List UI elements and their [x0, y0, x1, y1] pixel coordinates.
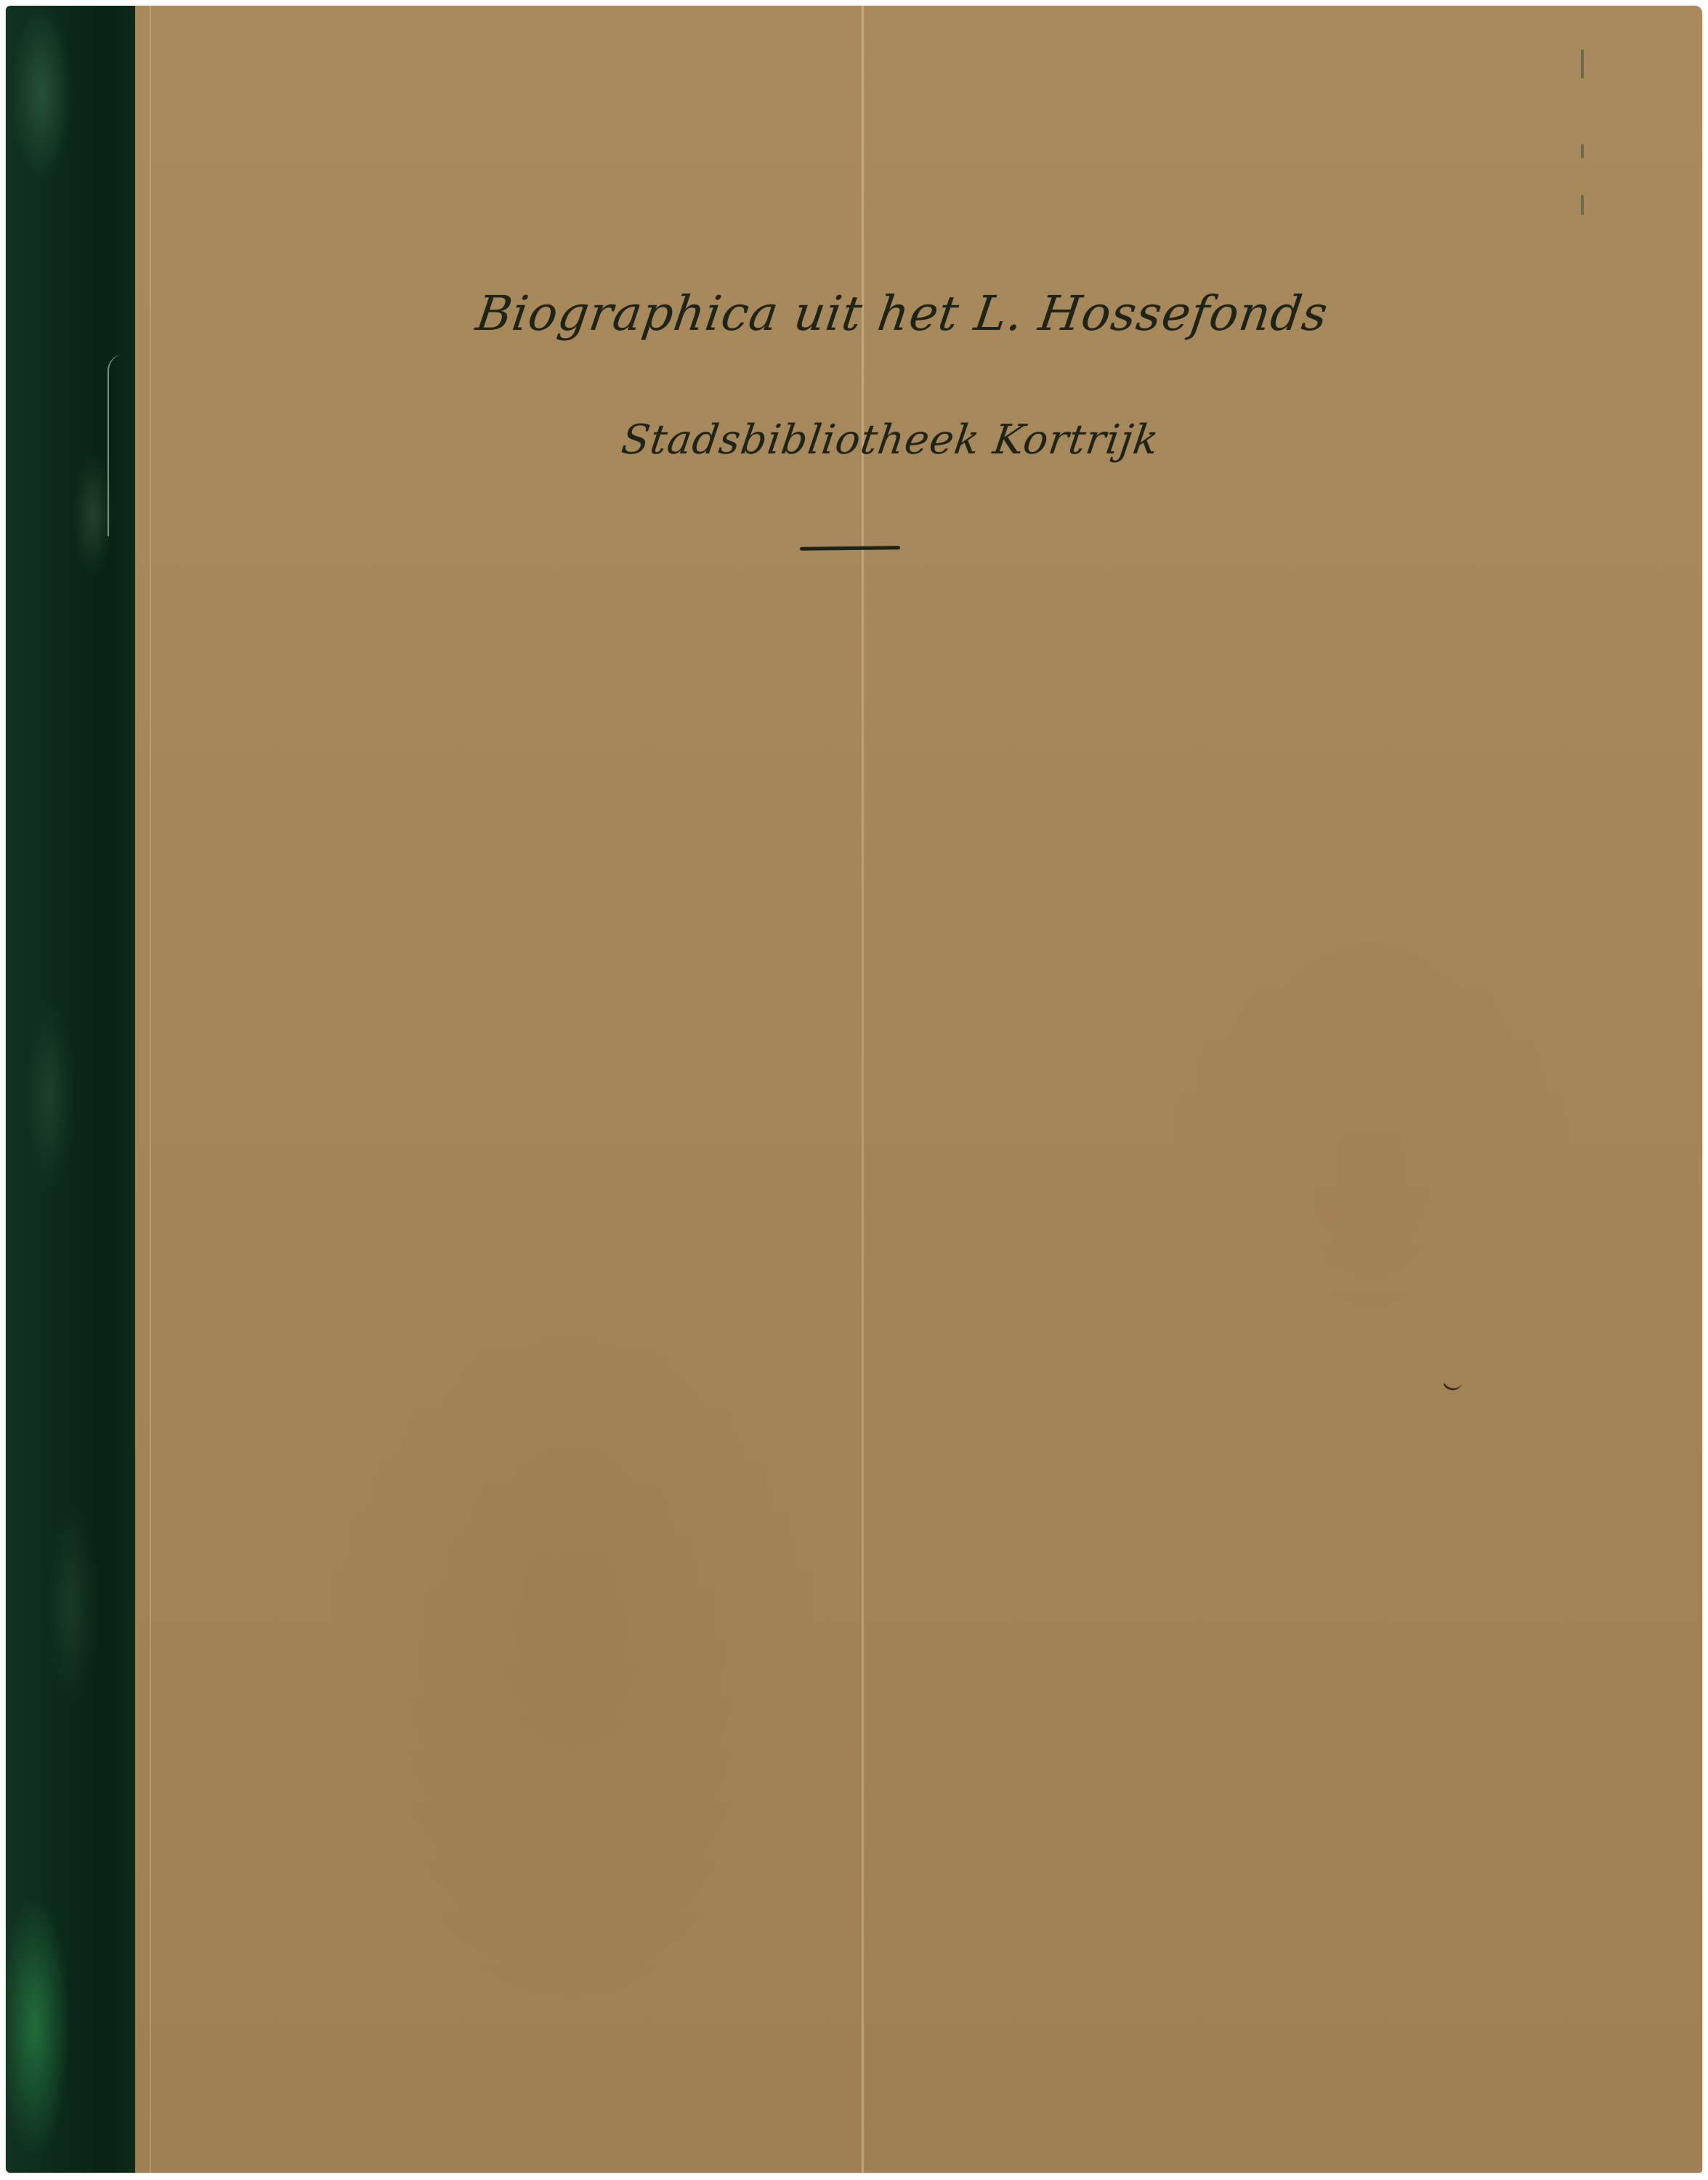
pencil-mark	[1581, 195, 1584, 215]
pencil-marks	[1581, 49, 1588, 224]
edge-fold-line	[150, 6, 151, 2173]
inscription-title: Biographica uit het L. Hossefonds	[473, 286, 1332, 342]
book-cover: Biographica uit het L. Hossefonds Stadsb…	[6, 6, 1702, 2173]
kraft-paper-board: Biographica uit het L. Hossefonds Stadsb…	[135, 6, 1702, 2173]
spine-scratch	[108, 355, 124, 536]
inscription-separator-dash	[800, 546, 900, 550]
pencil-mark	[1581, 49, 1584, 78]
green-spine	[6, 6, 137, 2173]
stray-ink-mark	[1440, 1376, 1462, 1393]
pencil-mark	[1581, 144, 1584, 158]
inscription-library: Stadsbibliotheek Kortrijk	[618, 416, 1162, 464]
